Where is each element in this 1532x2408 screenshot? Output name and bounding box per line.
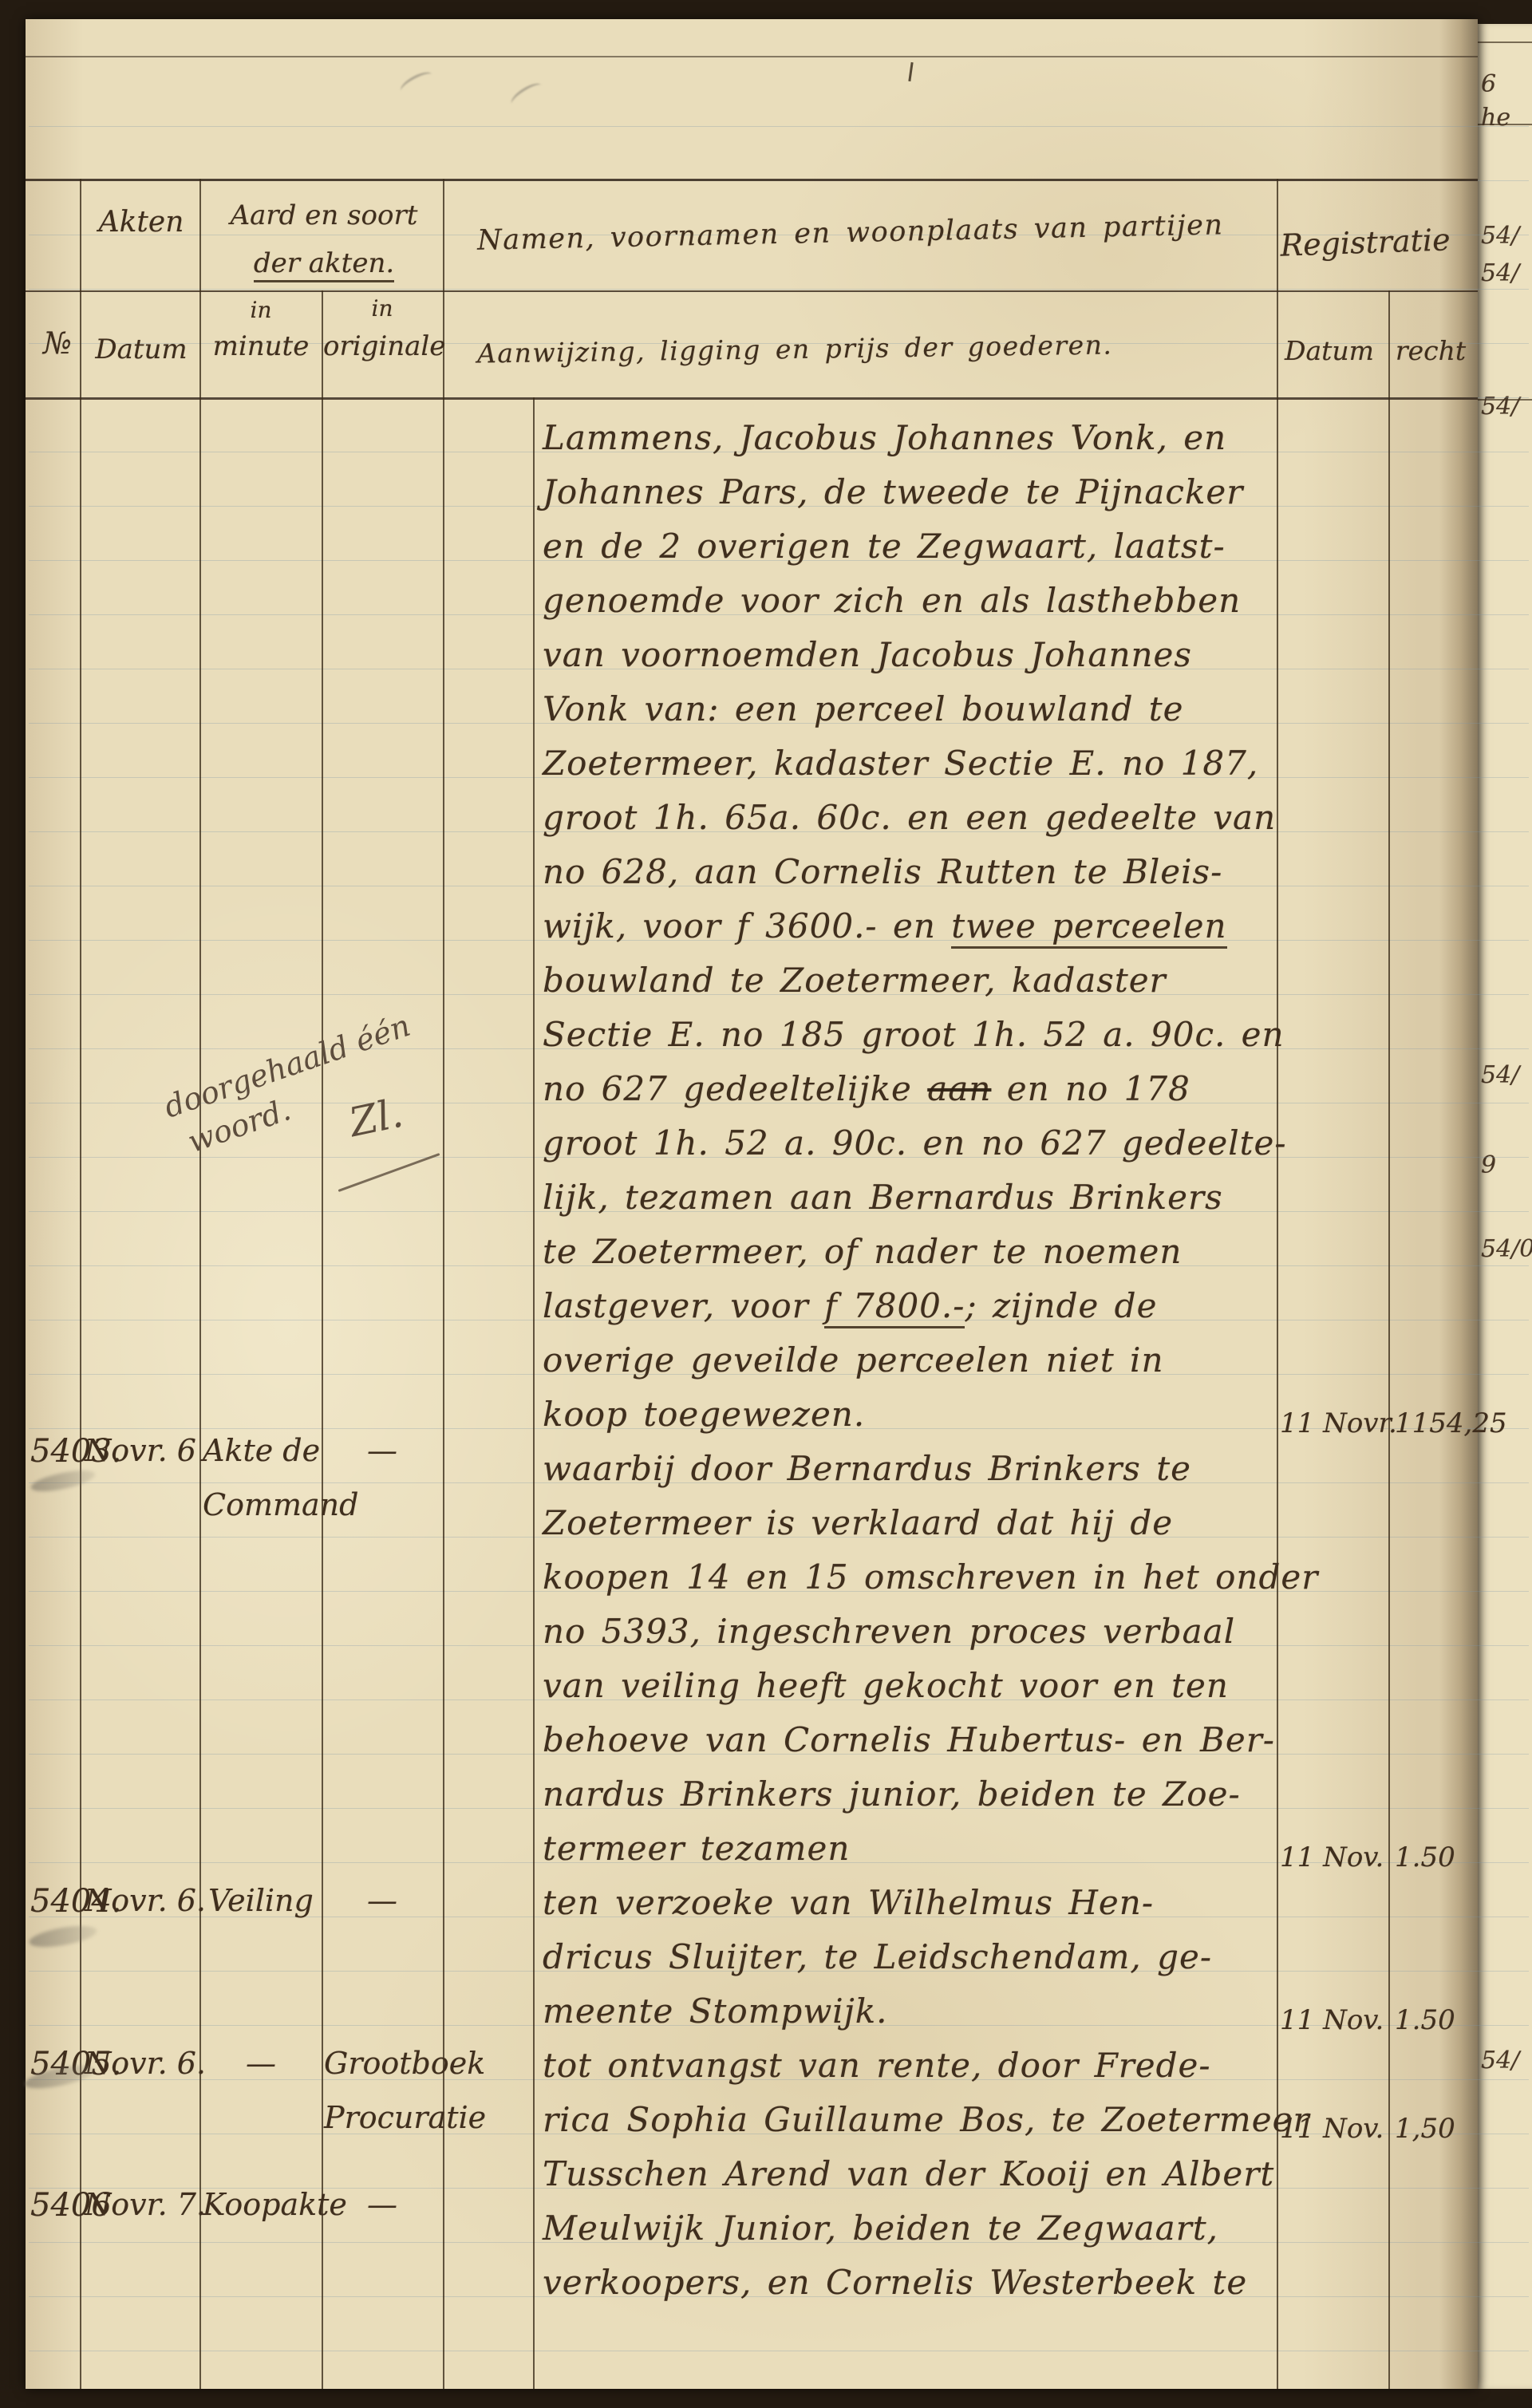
next-page-entry-number-fragment: 54/	[1481, 2047, 1519, 2074]
entry-type-originale: Procuratie	[324, 2100, 440, 2135]
text-segment: lastgever, voor	[543, 1286, 824, 1325]
body-line: dricus Sluijter, te Leidschendam, ge-	[543, 1937, 1212, 1976]
header-datum: Datum	[83, 334, 199, 365]
header-bottom-line	[26, 397, 1478, 400]
text-segment: te Zoetermeer, of nader te noemen	[543, 1232, 1182, 1271]
text-segment: waarbij door Bernardus Brinkers te	[543, 1449, 1191, 1488]
text-segment: rica Sophia Guillaume Bos, te Zoetermeer	[543, 2100, 1310, 2139]
body-line: rica Sophia Guillaume Bos, te Zoetermeer	[543, 2100, 1310, 2139]
header-no: №	[34, 326, 81, 361]
header-reg-recht: recht	[1387, 335, 1475, 366]
text-segment: dricus Sluijter, te Leidschendam, ge-	[543, 1937, 1212, 1976]
text-segment: van voornoemden Jacobus Johannes	[543, 635, 1192, 674]
next-page-edge	[1478, 24, 1532, 2389]
text-margin-line	[533, 397, 535, 2389]
entry-type-minute: Akte de	[203, 1433, 319, 1468]
body-line: meente Stompwijk.	[543, 1992, 888, 2031]
text-segment: no 627 gedeeltelijke	[543, 1069, 927, 1108]
text-segment: van veiling heeft gekocht voor en ten	[543, 1666, 1229, 1705]
body-line: behoeve van Cornelis Hubertus- en Ber-	[543, 1720, 1275, 1759]
text-segment: nardus Brinkers junior, beiden te Zoe-	[543, 1774, 1241, 1814]
registration-fee: 1154,25	[1395, 1407, 1507, 1439]
scanned-register-spread: 6he54/54/54/54/954/054/ Akten Aard en so…	[0, 0, 1532, 2408]
text-segment: Zoetermeer, kadaster Sectie E. no 187,	[543, 744, 1258, 783]
text-segment: en no 178	[991, 1069, 1190, 1108]
text-segment: overige geveilde perceelen niet in	[543, 1340, 1164, 1380]
text-segment: tot ontvangst van rente, door Frede-	[543, 2046, 1211, 2085]
body-line: Meulwijk Junior, beiden te Zegwaart,	[543, 2209, 1218, 2248]
body-line: Lammens, Jacobus Johannes Vonk, en	[543, 418, 1226, 457]
body-line: Zoetermeer, kadaster Sectie E. no 187,	[543, 744, 1258, 783]
entry-date: Novr. 7.	[85, 2187, 198, 2222]
struck-word: aan	[927, 1069, 991, 1108]
body-line: van veiling heeft gekocht voor en ten	[543, 1666, 1229, 1705]
ruled-line	[29, 2351, 1529, 2351]
body-line: termeer tezamen	[543, 1829, 850, 1868]
body-line: koop toegewezen.	[543, 1395, 865, 1434]
body-line: Vonk van: een perceel bouwland te	[543, 689, 1184, 728]
next-page-entry-number-fragment: 54/	[1481, 1061, 1519, 1089]
registration-date: 11 Nov.	[1280, 2004, 1384, 2036]
text-segment: koop toegewezen.	[543, 1395, 865, 1434]
body-line: van voornoemden Jacobus Johannes	[543, 635, 1192, 674]
text-segment: bouwland te Zoetermeer, kadaster	[543, 961, 1167, 1000]
header-registratie: Registratie	[1273, 222, 1457, 263]
next-page-top-line	[1478, 41, 1532, 43]
body-line: nardus Brinkers junior, beiden te Zoe-	[543, 1774, 1241, 1814]
body-line: genoemde voor zich en als lasthebben	[543, 581, 1241, 620]
header-in-originale-in: in	[323, 295, 441, 322]
header-in-minute-in: in	[201, 297, 321, 323]
text-segment: ; zijnde de	[965, 1286, 1157, 1325]
body-line: Johannes Pars, de tweede te Pijnacker	[543, 472, 1243, 511]
text-segment: koopen 14 en 15 omschreven in het onder	[543, 1557, 1318, 1597]
text-segment: groot 1h. 52 a. 90c. en no 627 gedeelte-	[543, 1123, 1287, 1163]
body-line: Zoetermeer is verklaard dat hij de	[543, 1503, 1173, 1542]
body-line: no 5393, ingeschreven proces verbaal	[543, 1612, 1235, 1651]
entry-number: 5406	[30, 2187, 81, 2224]
next-page-entry-number-fragment: he	[1481, 104, 1510, 132]
body-line: Sectie E. no 185 groot 1h. 52 a. 90c. en	[543, 1015, 1285, 1054]
entry-number: 5404.	[30, 1883, 81, 1920]
registration-date: 11 Nov.	[1280, 2113, 1384, 2145]
body-line: wijk, voor f 3600.- en twee perceelen	[543, 906, 1227, 945]
text-segment: behoeve van Cornelis Hubertus- en Ber-	[543, 1720, 1275, 1759]
header-reg-datum: Datum	[1273, 335, 1385, 366]
next-page-entry-number-fragment: 54/0	[1481, 1235, 1532, 1263]
entry-type-minute: Veiling	[203, 1883, 319, 1918]
entry-type-minute: Command	[203, 1487, 319, 1522]
next-page-entry-number-fragment: 54/	[1481, 259, 1519, 287]
next-page-entry-number-fragment: 9	[1481, 1151, 1496, 1179]
underlined-amount: twee perceelen	[951, 906, 1226, 949]
header-der-akten: der akten.	[254, 247, 394, 282]
registration-fee: 1.50	[1395, 1842, 1455, 1873]
text-segment: verkoopers, en Cornelis Westerbeek te	[543, 2263, 1247, 2302]
entry-type-originale: —	[324, 1883, 440, 1918]
body-line: ten verzoeke van Wilhelmus Hen-	[543, 1883, 1154, 1922]
body-line: bouwland te Zoetermeer, kadaster	[543, 961, 1167, 1000]
text-segment: Johannes Pars, de tweede te Pijnacker	[543, 472, 1243, 511]
text-segment: Lammens, Jacobus Johannes Vonk, en	[543, 418, 1226, 457]
col-line-minute-originale	[322, 290, 323, 2389]
table-top-line	[26, 179, 1478, 181]
entry-date: Novr. 6.	[85, 2046, 198, 2081]
body-line: koopen 14 en 15 omschreven in het onder	[543, 1557, 1318, 1597]
header-in-originale: originale	[323, 330, 441, 362]
ruled-line	[29, 126, 1529, 127]
page-top-edge-line	[26, 56, 1478, 57]
body-line: verkoopers, en Cornelis Westerbeek te	[543, 2263, 1247, 2302]
text-segment: termeer tezamen	[543, 1829, 850, 1868]
registration-fee: 1,50	[1395, 2113, 1455, 2145]
entry-number: 5403.	[30, 1433, 81, 1470]
body-line: Tusschen Arend van der Kooij en Albert	[543, 2154, 1274, 2193]
col-line-namen-registratie	[1277, 179, 1278, 2389]
body-line: no 627 gedeeltelijke aan en no 178	[543, 1069, 1190, 1108]
text-segment: genoemde voor zich en als lasthebben	[543, 581, 1241, 620]
body-line: groot 1h. 52 a. 90c. en no 627 gedeelte-	[543, 1123, 1287, 1163]
text-segment: Sectie E. no 185 groot 1h. 52 a. 90c. en	[543, 1015, 1285, 1054]
col-line-regdatum-recht	[1388, 290, 1390, 2389]
body-line: waarbij door Bernardus Brinkers te	[543, 1449, 1191, 1488]
underlined-amount: f 7800.-	[824, 1286, 965, 1328]
text-segment: Tusschen Arend van der Kooij en Albert	[543, 2154, 1274, 2193]
body-line: groot 1h. 65a. 60c. en een gedeelte van	[543, 798, 1276, 837]
text-segment: no 628, aan Cornelis Rutten te Bleis-	[543, 852, 1222, 891]
text-segment: wijk, voor f 3600.- en	[543, 906, 951, 945]
body-line: lastgever, voor f 7800.-; zijnde de	[543, 1286, 1157, 1325]
body-line: tot ontvangst van rente, door Frede-	[543, 2046, 1211, 2085]
header-akten: Akten	[83, 206, 199, 239]
body-line: no 628, aan Cornelis Rutten te Bleis-	[543, 852, 1222, 891]
body-line: lijk, tezamen aan Bernardus Brinkers	[543, 1178, 1223, 1217]
entry-type-originale: —	[324, 2187, 440, 2222]
text-segment: lijk, tezamen aan Bernardus Brinkers	[543, 1178, 1223, 1217]
registration-date: 11 Nov.	[1280, 1842, 1384, 1873]
entry-type-minute: Koopakte	[203, 2187, 319, 2222]
entry-type-originale: —	[324, 1433, 440, 1468]
registration-date: 11 Novr.	[1280, 1407, 1397, 1439]
next-page-entry-number-fragment: 6	[1481, 70, 1496, 98]
header-in-minute: minute	[201, 330, 321, 362]
text-segment: Meulwijk Junior, beiden te Zegwaart,	[543, 2209, 1218, 2248]
ruled-line	[29, 289, 1529, 290]
text-segment: en de 2 overigen te Zegwaart, laatst-	[543, 527, 1226, 566]
body-line: te Zoetermeer, of nader te noemen	[543, 1232, 1182, 1271]
text-segment: Vonk van: een perceel bouwland te	[543, 689, 1184, 728]
header-aard-en-soort: Aard en soort	[204, 199, 444, 231]
body-line: en de 2 overigen te Zegwaart, laatst-	[543, 527, 1226, 566]
body-line: overige geveilde perceelen niet in	[543, 1340, 1164, 1380]
entry-type-originale: Grootboek	[324, 2046, 440, 2081]
text-segment: no 5393, ingeschreven proces verbaal	[543, 1612, 1235, 1651]
registration-fee: 1.50	[1395, 2004, 1455, 2036]
text-segment: Zoetermeer is verklaard dat hij de	[543, 1503, 1173, 1542]
header-row-divider-line	[26, 290, 1478, 292]
text-segment: ten verzoeke van Wilhelmus Hen-	[543, 1883, 1154, 1922]
entry-date: Novr. 6	[85, 1433, 198, 1468]
entry-date: Novr. 6.	[85, 1883, 198, 1918]
next-page-entry-number-fragment: 54/	[1481, 222, 1519, 250]
text-segment: groot 1h. 65a. 60c. en een gedeelte van	[543, 798, 1276, 837]
entry-type-minute: —	[203, 2046, 319, 2081]
text-segment: meente Stompwijk.	[543, 1992, 888, 2031]
